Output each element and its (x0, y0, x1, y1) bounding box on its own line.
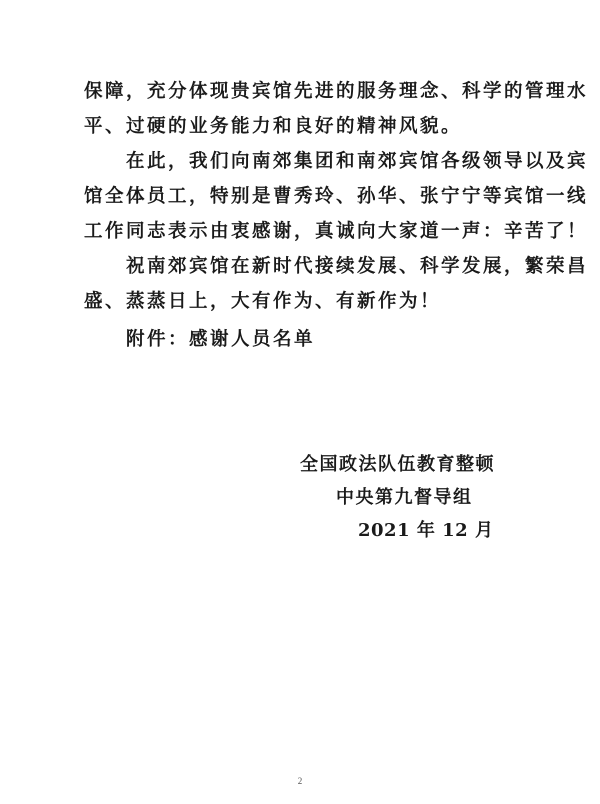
body-line: 平、过硬的业务能力和良好的精神风貌。 (84, 109, 516, 144)
document-page: 保障，充分体现贵宾馆先进的服务理念、科学的管理水 平、过硬的业务能力和良好的精神… (0, 0, 600, 804)
page-number: 2 (0, 776, 600, 786)
body-line: 祝南郊宾馆在新时代接续发展、科学发展，繁荣昌 (84, 249, 516, 284)
body-line: 在此，我们向南郊集团和南郊宾馆各级领导以及宾 (84, 144, 516, 179)
signature-organization: 全国政法队伍教育整顿 (300, 448, 530, 481)
signature-date: 2021 年 12 月 (300, 514, 530, 547)
signature-block: 全国政法队伍教育整顿 中央第九督导组 2021 年 12 月 (300, 448, 530, 547)
signature-group: 中央第九督导组 (300, 481, 530, 514)
attachment-note: 附件：感谢人员名单 (126, 322, 315, 357)
body-line: 工作同志表示由衷感谢，真诚向大家道一声：辛苦了！ (84, 214, 516, 249)
letter-body: 保障，充分体现贵宾馆先进的服务理念、科学的管理水 平、过硬的业务能力和良好的精神… (84, 74, 516, 319)
body-line: 盛、蒸蒸日上，大有作为、有新作为！ (84, 284, 516, 319)
body-line: 保障，充分体现贵宾馆先进的服务理念、科学的管理水 (84, 74, 516, 109)
body-line: 馆全体员工，特别是曹秀玲、孙华、张宁宁等宾馆一线 (84, 179, 516, 214)
